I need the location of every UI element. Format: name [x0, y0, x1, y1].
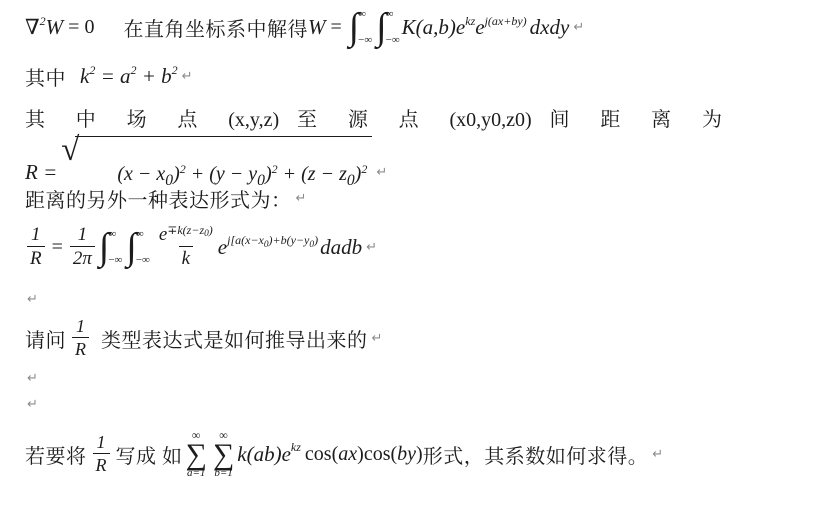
fraction-one-over-r: 1 R [27, 224, 45, 270]
empty-paragraph: ↵ [27, 292, 38, 307]
paragraph-mark-icon: ↵ [182, 69, 193, 84]
kernel-term: K(a,b)e [402, 15, 466, 40]
w-variable-2: W [308, 15, 326, 40]
solution-text-cn: 在直角坐标系中解得 [123, 13, 308, 42]
fraction-one-over-r: 1 R [93, 432, 110, 475]
field-source-point-text: 其 中 场 点 (x,y,z) 至 源 点 (x0,y0,z0) 间 距 离 为 [25, 103, 722, 132]
e-base: e [475, 15, 484, 40]
r-equals: R = [25, 160, 57, 185]
z-square: 2 [361, 162, 367, 176]
x-square: 2 [180, 162, 186, 176]
z-term: + (z − z [278, 163, 347, 185]
dadb-term: dadb [320, 235, 362, 260]
w-variable: W [46, 15, 64, 40]
b-exponent: 2 [172, 64, 178, 76]
lower-limit: −∞ [136, 255, 150, 266]
document-page: ∇ 2 W = 0 在直角坐标系中解得 W = ∫ ∞ −∞ ∫ ∞ −∞ K(… [0, 0, 836, 518]
integral-outer: ∫ ∞ −∞ [99, 229, 122, 266]
equals-zero: = 0 [68, 16, 94, 39]
paragraph-mark-icon: ↵ [573, 20, 584, 35]
denominator: k [179, 246, 193, 270]
cos-arg-by: by [397, 443, 416, 466]
numerator: 1 [28, 224, 44, 246]
integral-limits: ∞ −∞ [108, 229, 122, 266]
paren: ) [173, 163, 180, 185]
paragraph-laplace-solution: ∇ 2 W = 0 在直角坐标系中解得 W = ∫ ∞ −∞ ∫ ∞ −∞ K(… [25, 9, 584, 46]
paragraph-alt-form-intro: 距离的另外一种表达形式为： ↵ [25, 184, 306, 213]
denominator: R [27, 246, 45, 270]
equals-sign: = [52, 236, 63, 259]
e-base-2: e [218, 235, 227, 260]
lower-limit: a=1 [187, 468, 205, 479]
integral-limits: ∞ −∞ [136, 229, 150, 266]
summation-b: ∞ ∑ b=1 [213, 429, 234, 479]
integral-limits: ∞ −∞ [386, 9, 400, 46]
paren-close: ) [416, 443, 423, 466]
sigma-icon: ∑ [213, 441, 234, 468]
paragraph-question-derivation: 请问 1 R 类型表达式是如何推导出来的 ↵ [25, 314, 382, 362]
exponent: ∓k(z−z0) [167, 223, 213, 237]
paragraph-mark-icon: ↵ [652, 447, 663, 462]
fraction-one-over-r: 1 R [72, 316, 89, 359]
dxdy-term: dxdy [530, 15, 570, 40]
paragraph-mark-icon: ↵ [366, 240, 377, 255]
exp-part3: ) [314, 233, 318, 247]
integral-inner: ∫ ∞ −∞ [126, 229, 149, 266]
xiecheng-ru-text: 写成 如 [116, 440, 183, 469]
upper-limit: ∞ [108, 229, 122, 240]
ruoyaojiang-text: 若要将 [25, 440, 87, 469]
paragraph-mark-icon: ↵ [372, 331, 383, 346]
alt-expression-text: 距离的另外一种表达形式为： [25, 184, 292, 213]
coefficient-question-text: 形式，其系数如何求得。 [423, 440, 649, 469]
integral-limits: ∞ −∞ [358, 9, 372, 46]
a-exponent: 2 [131, 64, 137, 76]
numerator: e∓k(z−z0) [156, 224, 216, 246]
kz-exponent: kz [291, 441, 301, 453]
empty-paragraph: ↵ [27, 371, 38, 386]
jaxby-exponent: j(ax+by) [485, 15, 527, 27]
sigma-icon: ∑ [186, 441, 207, 468]
y-term: + (y − y [186, 163, 257, 185]
exp-close: ) [209, 223, 213, 237]
exp-text: ∓k(z−z [167, 223, 204, 237]
paragraph-reciprocal-r-formula: 1 R = 1 2π ∫ ∞ −∞ ∫ ∞ −∞ e∓k(z−z0) k e j… [25, 218, 377, 276]
exp-part1: j[a(x−x [227, 233, 264, 247]
paragraph-mark-icon: ↵ [296, 191, 307, 206]
numerator: 1 [94, 432, 109, 453]
qingwen-text: 请问 [25, 324, 66, 353]
k-exponent: 2 [89, 64, 95, 76]
paren-close: ) [357, 443, 364, 466]
y-square: 2 [272, 162, 278, 176]
radical-icon: √ [61, 134, 79, 167]
derivation-question-text: 类型表达式是如何推导出来的 [101, 324, 368, 353]
k-variable: k [80, 64, 89, 89]
lower-limit: −∞ [108, 255, 122, 266]
upper-limit: ∞ [386, 9, 400, 20]
fraction-one-over-2pi: 1 2π [70, 224, 95, 270]
integral-outer: ∫ ∞ −∞ [349, 9, 372, 46]
paragraph-mark-icon: ↵ [376, 165, 387, 180]
z0-subscript: 0 [204, 229, 209, 239]
paragraph-distance-intro: 其 中 场 点 (x,y,z) 至 源 点 (x0,y0,z0) 间 距 离 为 [25, 103, 722, 132]
y0-subscript: 0 [309, 240, 314, 250]
nabla-symbol: ∇ [25, 15, 40, 40]
empty-paragraph: ↵ [27, 397, 38, 412]
denominator: 2π [70, 246, 95, 270]
upper-limit: ∞ [136, 229, 150, 240]
numerator: 1 [73, 316, 88, 337]
plus-b: + b [137, 64, 172, 89]
nabla-exponent: 2 [40, 15, 46, 27]
paragraph-mark-icon: ↵ [27, 371, 38, 386]
paragraph-series-question: 若要将 1 R 写成 如 ∞ ∑ a=1 ∞ ∑ b=1 k(ab)e kz c… [25, 426, 663, 482]
paragraph-k-definition: 其中 k 2 = a 2 + b 2 ↵ [25, 62, 193, 91]
cos-function: cos( [305, 443, 338, 466]
fraction-exp-over-k: e∓k(z−z0) k [156, 224, 216, 270]
summation-a: ∞ ∑ a=1 [186, 429, 207, 479]
paragraph-mark-icon: ↵ [27, 397, 38, 412]
cos-arg-ax: ax [338, 443, 357, 466]
z-subscript: 0 [347, 172, 355, 189]
lower-limit: −∞ [358, 35, 372, 46]
paren: ) [265, 163, 272, 185]
numerator: 1 [75, 224, 91, 246]
coefficient-term: k(ab)e [237, 442, 291, 467]
qizhong-text: 其中 [25, 62, 66, 91]
kz-exponent: kz [465, 15, 475, 27]
lower-limit: −∞ [386, 35, 400, 46]
paragraph-mark-icon: ↵ [27, 292, 38, 307]
upper-limit: ∞ [358, 9, 372, 20]
cos-function: cos( [364, 443, 397, 466]
exp-part2: )+b(y−y [269, 233, 310, 247]
phase-exponent: j[a(x−x0)+b(y−y0) [227, 234, 318, 247]
x-term: (x − x [117, 163, 165, 185]
denominator: R [72, 337, 89, 360]
equals-sign: = [330, 16, 341, 39]
integral-inner: ∫ ∞ −∞ [376, 9, 399, 46]
equals-a: = a [95, 64, 130, 89]
x0-subscript: 0 [264, 240, 269, 250]
denominator: R [93, 453, 110, 476]
lower-limit: b=1 [214, 468, 232, 479]
